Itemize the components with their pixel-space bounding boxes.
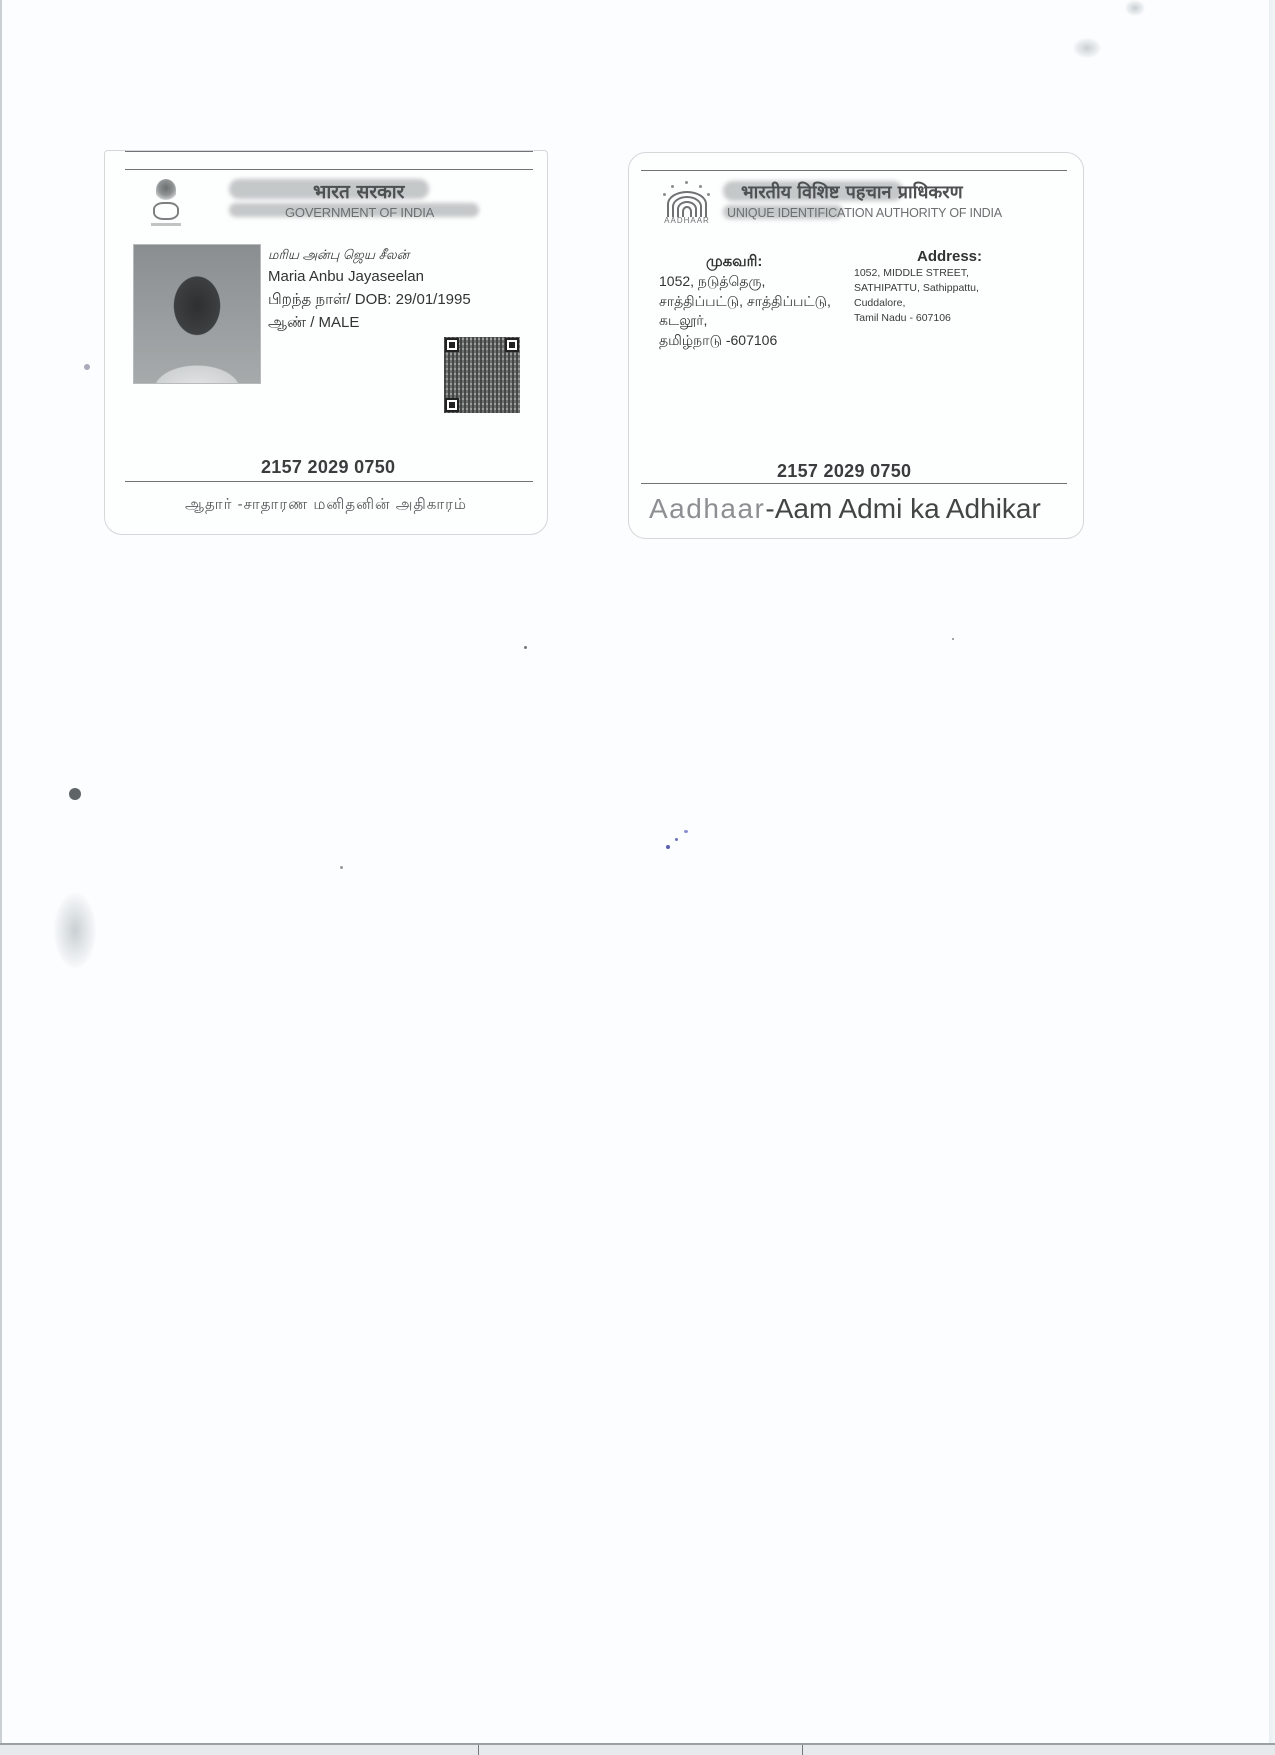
scan-speck bbox=[69, 788, 81, 800]
holder-name-tamil: மரிய அன்பு ஜெய சீலன் bbox=[268, 247, 409, 264]
tagline-rest: -Aam Admi ka Adhikar bbox=[765, 493, 1040, 524]
scan-speck bbox=[952, 638, 954, 640]
header-hindi-title: भारतीय विशिष्ट पहचान प्राधिकरण bbox=[741, 180, 963, 204]
scan-speck bbox=[84, 364, 90, 370]
holder-dob: பிறந்த நாள்/ DOB: 29/01/1995 bbox=[268, 291, 471, 310]
ink-mark bbox=[675, 838, 678, 841]
scan-smudge bbox=[1125, 0, 1145, 16]
top-rule bbox=[125, 151, 533, 152]
address-tamil-line: 1052, நடுத்தெரு, bbox=[659, 272, 831, 292]
address-english-line: Tamil Nadu - 607106 bbox=[854, 311, 979, 326]
tagline-tamil: ஆதார் -சாதாரண மனிதனின் அதிகாரம் bbox=[105, 496, 547, 515]
ink-mark bbox=[666, 845, 670, 849]
header-hindi-title: भारत सरकार bbox=[313, 178, 404, 204]
footer-rule bbox=[125, 481, 533, 482]
header-rule bbox=[641, 170, 1067, 171]
scan-speck bbox=[524, 646, 527, 649]
scan-page-bottom-edge bbox=[0, 1743, 1275, 1755]
holder-name-english: Maria Anbu Jayaseelan bbox=[268, 268, 424, 285]
header-english-title: UNIQUE IDENTIFICATION AUTHORITY OF INDIA bbox=[727, 206, 1002, 220]
scan-smudge bbox=[54, 893, 96, 968]
address-english-line: Cuddalore, bbox=[854, 296, 979, 311]
scan-smudge bbox=[1073, 38, 1101, 58]
header-rule bbox=[125, 169, 533, 170]
aadhaar-card-front: भारत सरकार GOVERNMENT OF INDIA மரிய அன்ப… bbox=[104, 150, 548, 535]
address-tamil-line: தமிழ்நாடு -607106 bbox=[659, 331, 831, 351]
holder-photo bbox=[133, 244, 261, 384]
tagline-english: Aadhaar-Aam Admi ka Adhikar bbox=[649, 493, 1041, 525]
aadhaar-logo-label: AADHAAR bbox=[657, 216, 717, 225]
scan-speck bbox=[340, 866, 343, 869]
aadhaar-fingerprint-logo-icon: AADHAAR bbox=[657, 179, 717, 229]
national-emblem-icon bbox=[151, 179, 181, 226]
aadhaar-number: 2157 2029 0750 bbox=[261, 457, 395, 478]
holder-gender: ஆண் / MALE bbox=[268, 314, 359, 333]
address-label-tamil: முகவரி: bbox=[706, 253, 762, 272]
header-english-title: GOVERNMENT OF INDIA bbox=[285, 205, 434, 220]
address-english-line: SATHIPATTU, Sathippattu, bbox=[854, 281, 979, 296]
address-english-line: 1052, MIDDLE STREET, bbox=[854, 266, 979, 281]
scan-page-edge-right bbox=[1269, 0, 1275, 1755]
address-label-english: Address: bbox=[917, 248, 982, 265]
address-english: 1052, MIDDLE STREET, SATHIPATTU, Sathipp… bbox=[854, 266, 979, 326]
ink-mark bbox=[684, 830, 688, 833]
aadhaar-card-back: AADHAAR भारतीय विशिष्ट पहचान प्राधिकरण U… bbox=[628, 152, 1084, 539]
tagline-brand: Aadhaar bbox=[649, 493, 765, 524]
scan-page-edge-left bbox=[0, 0, 2, 1755]
aadhaar-number: 2157 2029 0750 bbox=[777, 461, 911, 482]
qr-code-icon bbox=[444, 337, 520, 413]
address-tamil-line: சாத்திப்பட்டு, சாத்திப்பட்டு, bbox=[659, 292, 831, 312]
address-tamil-line: கடலூர், bbox=[659, 311, 831, 331]
address-tamil: 1052, நடுத்தெரு, சாத்திப்பட்டு, சாத்திப்… bbox=[659, 272, 831, 350]
footer-rule bbox=[641, 483, 1067, 484]
